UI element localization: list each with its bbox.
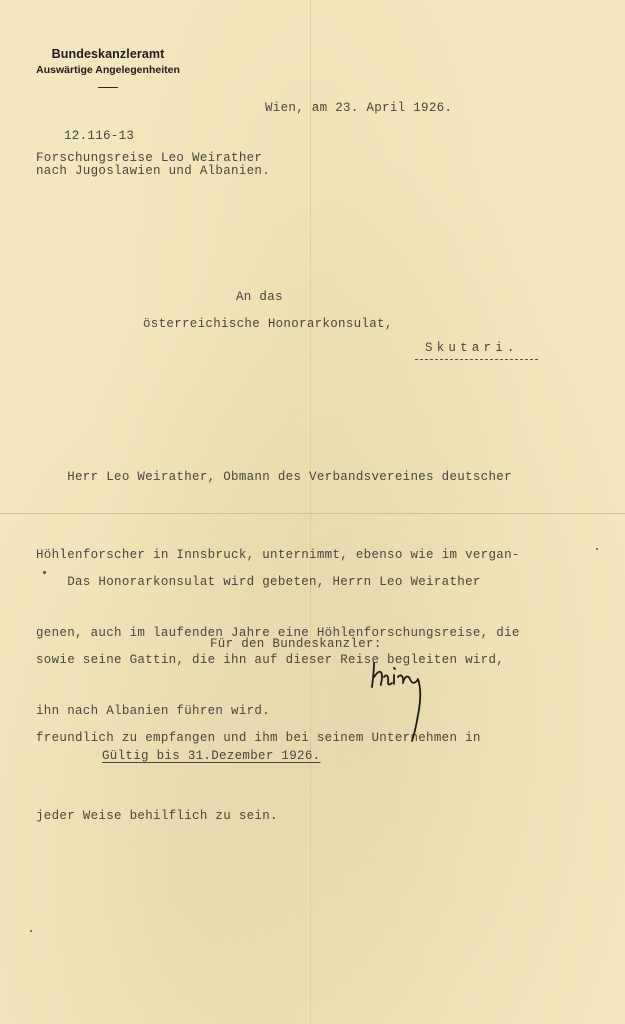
- closing-line: Für den Bundeskanzler:: [210, 637, 382, 651]
- city-underline: [415, 359, 538, 360]
- addressee-line-2: österreichische Honorarkonsulat,: [143, 317, 393, 331]
- body-line: Das Honorarkonsulat wird gebeten, Herrn …: [36, 569, 504, 595]
- paper-speck: [596, 548, 598, 550]
- addressee-line-1: An das: [236, 290, 283, 304]
- paper-speck: [43, 571, 46, 574]
- letterhead-subtitle: Auswärtige Angelegenheiten: [28, 64, 188, 76]
- letterhead-rule: [98, 87, 118, 88]
- addressee-city: Skutari.: [425, 341, 519, 355]
- reference-number: 12.116-13: [64, 129, 134, 143]
- body-line: jeder Weise behilflich zu sein.: [36, 803, 504, 829]
- signature-icon: [370, 655, 440, 750]
- date-line: Wien, am 23. April 1926.: [265, 101, 452, 115]
- validity-note: Gültig bis 31.Dezember 1926.: [102, 749, 320, 763]
- subject-line-2: nach Jugoslawien und Albanien.: [36, 165, 270, 178]
- paper-speck: [30, 930, 32, 932]
- body-line: Herr Leo Weirather, Obmann des Verbandsv…: [36, 464, 520, 490]
- letterhead-title: Bundeskanzleramt: [28, 47, 188, 61]
- letter-page: Bundeskanzleramt Auswärtige Angelegenhei…: [0, 0, 625, 1024]
- letterhead: Bundeskanzleramt Auswärtige Angelegenhei…: [28, 47, 188, 88]
